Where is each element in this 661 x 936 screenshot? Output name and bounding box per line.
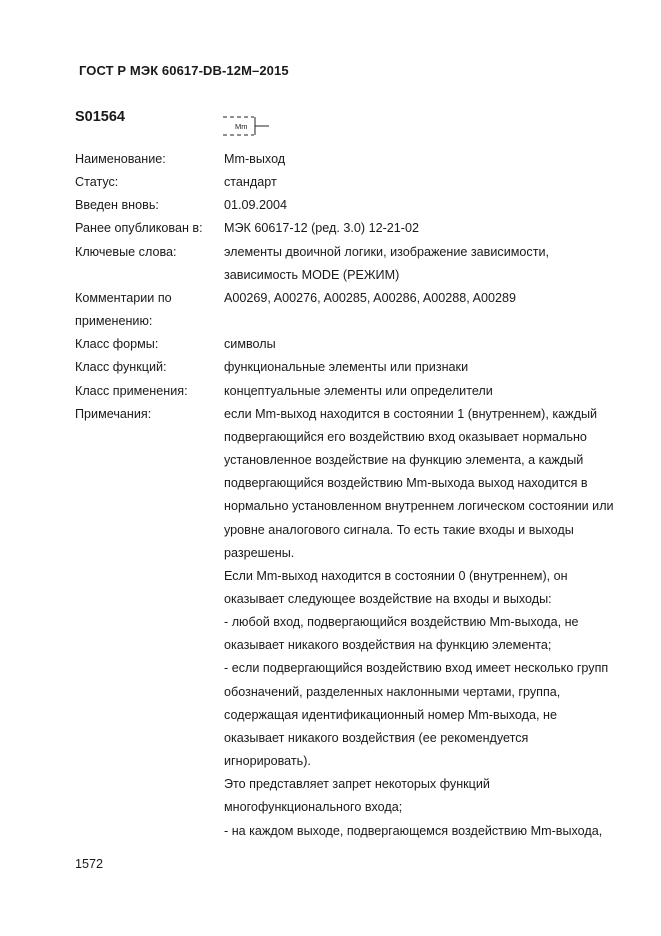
document-standard-header: ГОСТ Р МЭК 60617-DB-12M–2015	[79, 63, 289, 78]
attribute-value: Mm-выход	[224, 148, 645, 171]
attribute-label-line: Введен вновь:	[75, 194, 224, 217]
attribute-value-line: Если Mm-выход находится в состоянии 0 (в…	[224, 565, 645, 588]
attribute-label: Комментарии поприменению:	[75, 287, 224, 333]
attribute-row: Статус:стандарт	[75, 171, 645, 194]
attribute-row: Ранее опубликован в:МЭК 60617-12 (ред. 3…	[75, 217, 645, 240]
attribute-row: Наименование:Mm-выход	[75, 148, 645, 171]
attribute-value: элементы двоичной логики, изображение за…	[224, 241, 645, 287]
attribute-row: Комментарии поприменению:A00269, A00276,…	[75, 287, 645, 333]
attribute-value-line: если Mm-выход находится в состоянии 1 (в…	[224, 403, 645, 426]
attribute-row: Ключевые слова:элементы двоичной логики,…	[75, 241, 645, 287]
attribute-label: Статус:	[75, 171, 224, 194]
attribute-value-line: 01.09.2004	[224, 194, 645, 217]
attribute-value-line: - на каждом выходе, подвергающемся возде…	[224, 820, 645, 843]
attribute-value: если Mm-выход находится в состоянии 1 (в…	[224, 403, 645, 843]
attribute-value-line: концептуальные элементы или определители	[224, 380, 645, 403]
attribute-label-line: применению:	[75, 310, 224, 333]
attribute-value: МЭК 60617-12 (ред. 3.0) 12-21-02	[224, 217, 645, 240]
attribute-label-line: Ключевые слова:	[75, 241, 224, 264]
page-number: 1572	[75, 857, 103, 871]
attribute-value-line: элементы двоичной логики, изображение за…	[224, 241, 645, 264]
attribute-label: Примечания:	[75, 403, 224, 843]
attribute-label-line: Ранее опубликован в:	[75, 217, 224, 240]
attribute-value-line: A00269, A00276, A00285, A00286, A00288, …	[224, 287, 645, 310]
attribute-value-line: игнорировать).	[224, 750, 645, 773]
symbol-attributes: Наименование:Mm-выходСтатус:стандартВвед…	[75, 148, 645, 843]
attribute-label: Ключевые слова:	[75, 241, 224, 287]
attribute-value-line: многофункционального входа;	[224, 796, 645, 819]
attribute-row: Класс применения:концептуальные элементы…	[75, 380, 645, 403]
attribute-value-line: символы	[224, 333, 645, 356]
attribute-value-line: Это представляет запрет некоторых функци…	[224, 773, 645, 796]
attribute-label-line: Класс применения:	[75, 380, 224, 403]
svg-text:Mm: Mm	[235, 122, 248, 131]
attribute-value-line: оказывает следующее воздействие на входы…	[224, 588, 645, 611]
attribute-label-line: Примечания:	[75, 403, 224, 426]
attribute-value: стандарт	[224, 171, 645, 194]
attribute-row: Класс формы:символы	[75, 333, 645, 356]
mm-output-symbol-icon: Mm	[222, 113, 272, 139]
attribute-row: Класс функций:функциональные элементы ил…	[75, 356, 645, 379]
attribute-value: A00269, A00276, A00285, A00286, A00288, …	[224, 287, 645, 333]
attribute-label: Ранее опубликован в:	[75, 217, 224, 240]
attribute-value-line: МЭК 60617-12 (ред. 3.0) 12-21-02	[224, 217, 645, 240]
attribute-value-line: оказывает никакого воздействия на функци…	[224, 634, 645, 657]
attribute-label-line: Комментарии по	[75, 287, 224, 310]
attribute-value-line: - если подвергающийся воздействию вход и…	[224, 657, 645, 680]
attribute-value-line: функциональные элементы или признаки	[224, 356, 645, 379]
attribute-value-line: - любой вход, подвергающийся воздействию…	[224, 611, 645, 634]
attribute-value: 01.09.2004	[224, 194, 645, 217]
attribute-row: Примечания:если Mm-выход находится в сос…	[75, 403, 645, 843]
attribute-label-line: Статус:	[75, 171, 224, 194]
attribute-label: Класс применения:	[75, 380, 224, 403]
attribute-value: концептуальные элементы или определители	[224, 380, 645, 403]
attribute-value-line: разрешены.	[224, 542, 645, 565]
attribute-row: Введен вновь:01.09.2004	[75, 194, 645, 217]
attribute-value-line: содержащая идентификационный номер Mm-вы…	[224, 704, 645, 727]
attribute-label: Наименование:	[75, 148, 224, 171]
attribute-label: Класс функций:	[75, 356, 224, 379]
attribute-value-line: оказывает никакого воздействия (ее реком…	[224, 727, 645, 750]
attribute-label-line: Класс формы:	[75, 333, 224, 356]
attribute-label-line: Класс функций:	[75, 356, 224, 379]
attribute-value: функциональные элементы или признаки	[224, 356, 645, 379]
attribute-value-line: зависимость MODE (РЕЖИМ)	[224, 264, 645, 287]
attribute-value: символы	[224, 333, 645, 356]
attribute-value-line: Mm-выход	[224, 148, 645, 171]
attribute-label-line: Наименование:	[75, 148, 224, 171]
attribute-label: Введен вновь:	[75, 194, 224, 217]
attribute-value-line: уровне аналогового сигнала. То есть таки…	[224, 519, 645, 542]
attribute-value-line: подвергающийся воздействию Mm-выхода вых…	[224, 472, 645, 495]
attribute-value-line: подвергающийся его воздействию вход оказ…	[224, 426, 645, 449]
attribute-value-line: обозначений, разделенных наклонными черт…	[224, 681, 645, 704]
attribute-label: Класс формы:	[75, 333, 224, 356]
attribute-value-line: стандарт	[224, 171, 645, 194]
attribute-value-line: нормально установленном внутреннем логич…	[224, 495, 645, 518]
attribute-value-line: установленное воздействие на функцию эле…	[224, 449, 645, 472]
symbol-id: S01564	[75, 109, 125, 125]
